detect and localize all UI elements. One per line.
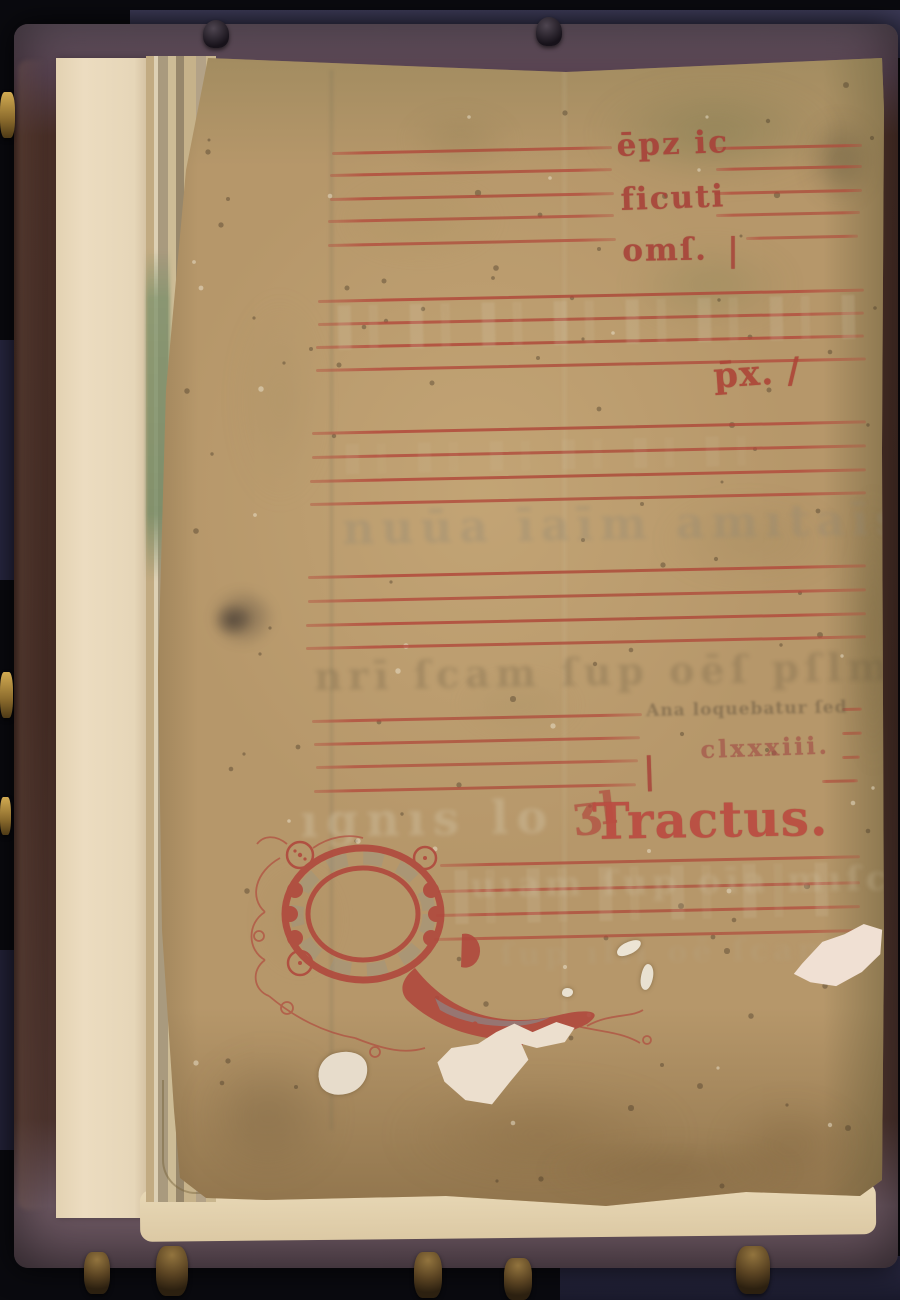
patch-small-left [313, 1046, 372, 1100]
scratch-3 [562, 988, 573, 997]
parchment-page: nuūa īaīm amıtaīs lāqnrī ſcam ſup oēſ pſ… [146, 50, 890, 1218]
leather-left-highlight [18, 60, 58, 1210]
patch-right-margin [792, 924, 884, 988]
patch-large-center [436, 1022, 576, 1106]
repair-patch-layer [146, 50, 890, 1218]
clasp-left-3 [0, 797, 11, 835]
scratch-2 [639, 963, 655, 990]
scratch-1 [615, 937, 644, 959]
flyleaf-page-edge [56, 58, 148, 1218]
clasp-left-2 [0, 672, 13, 718]
manuscript-photo: nuūa īaīm amıtaīs lāqnrī ſcam ſup oēſ pſ… [0, 0, 900, 1300]
clasp-left-1 [0, 92, 15, 138]
